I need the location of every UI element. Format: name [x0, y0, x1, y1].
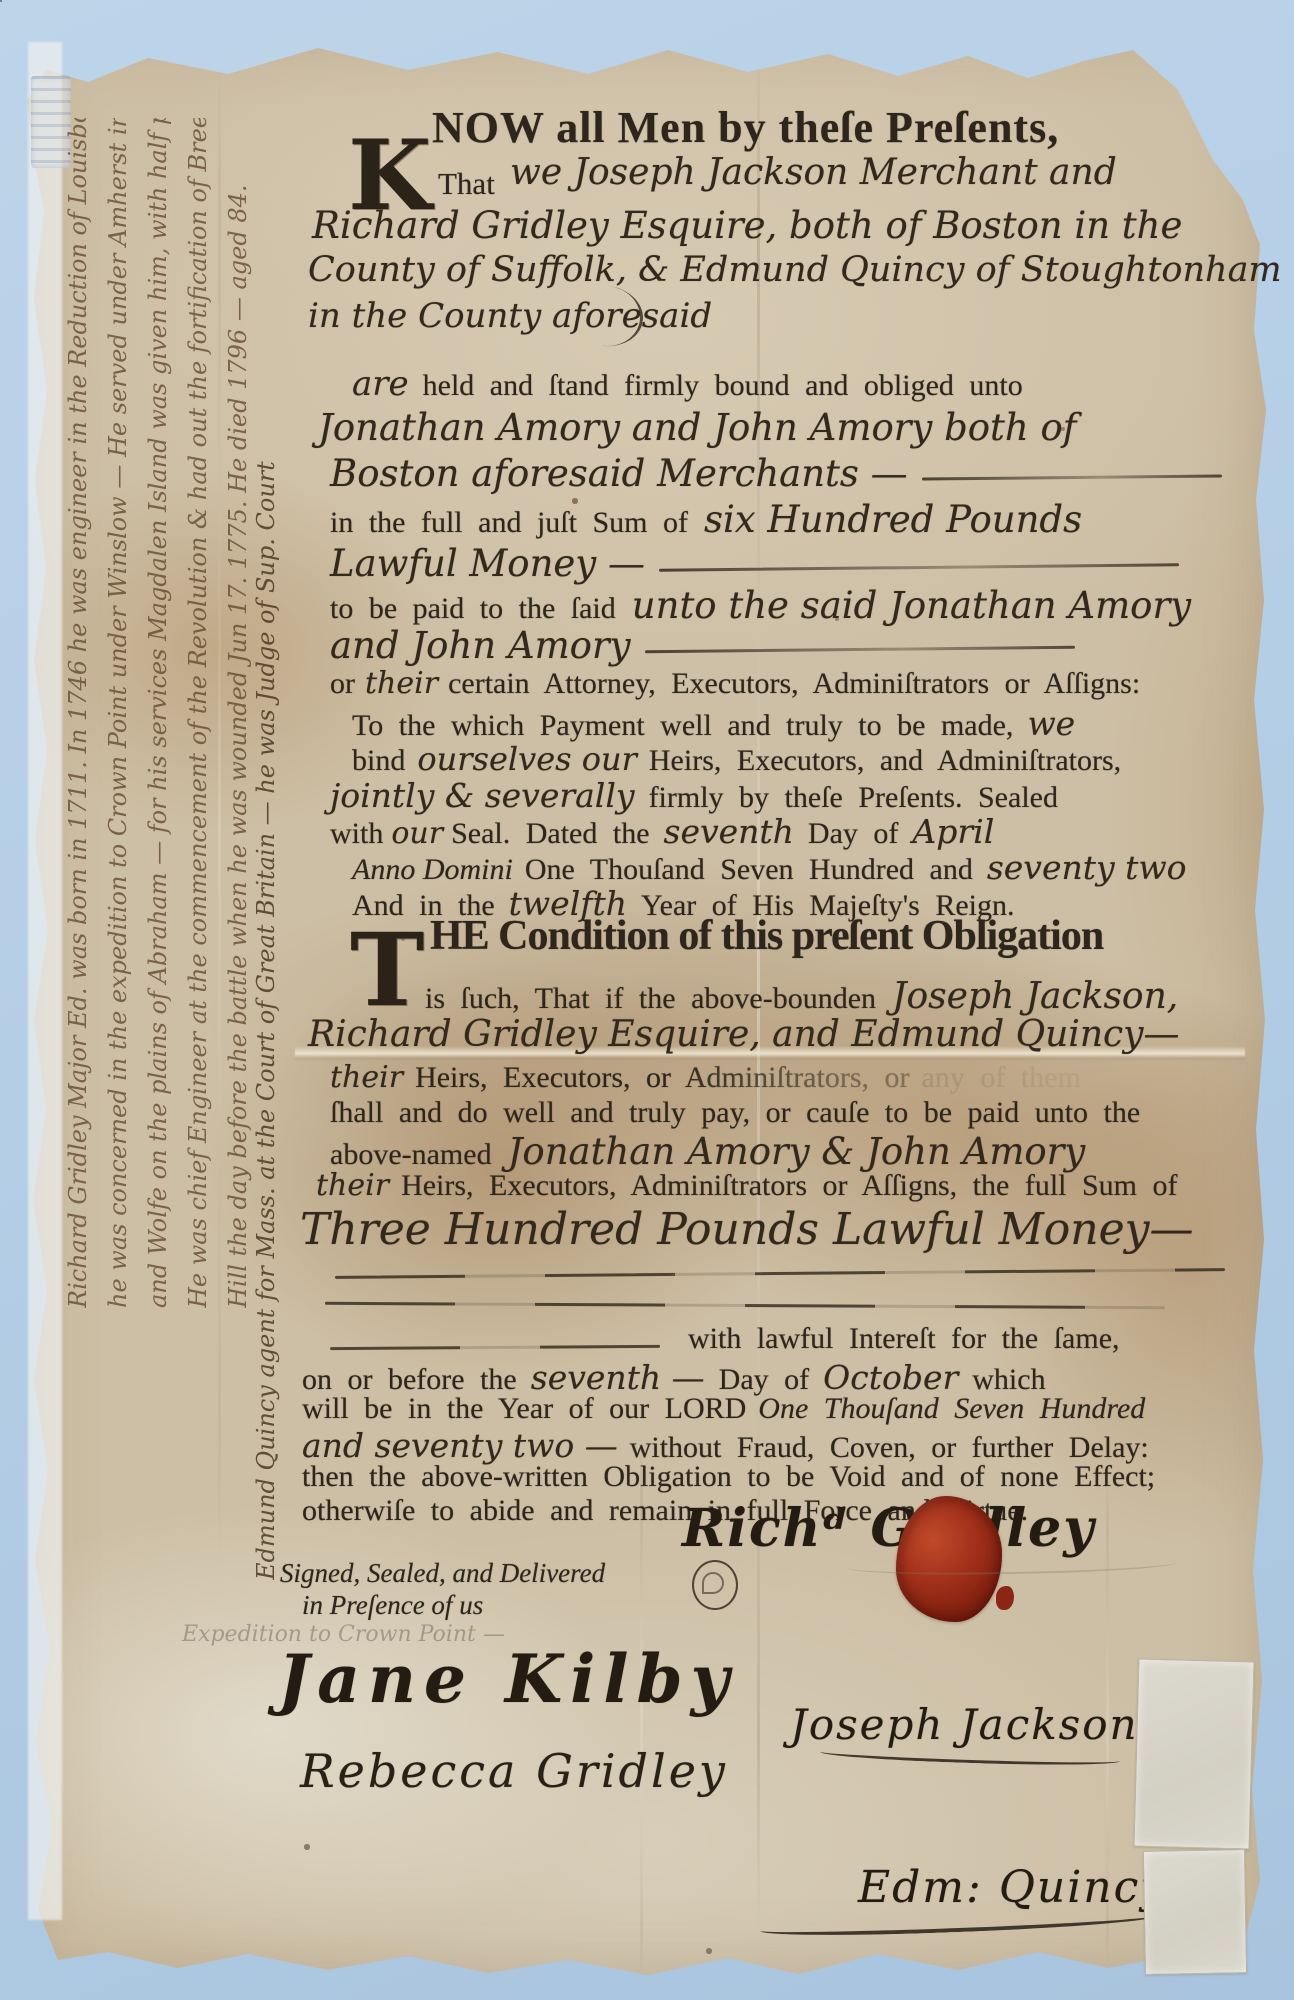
left-backing-strip	[28, 42, 62, 1920]
line-payment-4: with our Seal. Dated the seventh Day of …	[330, 812, 994, 851]
handwritten-obligees-2: Boston aforesaid Merchants —	[330, 452, 1222, 495]
handwritten-obligors-2: Richard Gridley Esquire, both of Boston …	[312, 204, 1182, 247]
handwritten-our: our	[391, 816, 443, 851]
line-bound-unto: are held and ſtand firmly bound and obli…	[352, 364, 1023, 404]
handwritten-obligors-1: we Joseph Jackson Merchant and	[510, 152, 1117, 193]
line-sum: in the full and juſt Sum of six Hundred …	[330, 498, 1082, 541]
signature-richard-gridley: Richᵈ Gridley	[682, 1498, 1095, 1559]
handwritten-jointly-severally: jointly & severally	[330, 776, 635, 815]
printed-or: or	[330, 667, 355, 700]
printed-sum-of: in the full and juſt Sum of	[330, 506, 688, 539]
margin-quincy-note: Edmund Quincy agent for Mass. at the Cou…	[252, 320, 294, 1580]
document-photo: { "colors":{ "background_blue":"#b4cee6"…	[0, 0, 1294, 2000]
margin-note-line: and Wolfe on the plains of Abraham — for…	[138, 118, 178, 1308]
handwritten-we: we	[1027, 704, 1075, 743]
handwritten-obligors-3: County of Suffolk, & Edmund Quincy of St…	[308, 250, 1282, 290]
printed-firmly-presents: firmly by theſe Preſents. Sealed	[649, 781, 1058, 814]
handwritten-gridley-quincy: Richard Gridley Esquire, and Edmund Quin…	[308, 1014, 1180, 1055]
line-lawful-money: Lawful Money —	[330, 542, 1179, 585]
handwritten-obligors-4: in the County aforesaid	[308, 296, 712, 336]
printed-signed-sealed: Signed, Sealed, and Delivered	[280, 1558, 605, 1589]
drop-cap-T: T	[350, 920, 424, 1020]
printed-in-presence: in Preſence of us	[302, 1590, 483, 1621]
line-john-amory: and John Amory	[330, 624, 1075, 667]
handwritten-three-hundred-pounds: Three Hundred Pounds Lawful Money—	[300, 1204, 1194, 1255]
printed-day-of: Day of	[808, 817, 898, 850]
printed-bind: bind	[352, 744, 405, 777]
printed-that: That	[438, 166, 495, 202]
signature-edmund-quincy: Edm: Quincy	[858, 1862, 1167, 1913]
signature-rebecca-gridley: Rebecca Gridley	[300, 1744, 728, 1798]
handwritten-lawful-money: Lawful Money —	[330, 542, 645, 585]
handwritten-joseph-jackson: Joseph Jackson,	[892, 976, 1178, 1017]
printed-heirs-administrators: Heirs, Executors, or Adminiſtrators, or	[415, 1061, 909, 1094]
handwritten-their: their	[365, 666, 438, 701]
handwritten-six-hundred-pounds: six Hundred Pounds	[704, 498, 1082, 541]
ink-specks	[0, 0, 2, 2]
ink-rule	[659, 563, 1179, 571]
line-above-named: above-named Jonathan Amory & John Amory	[330, 1130, 1085, 1173]
printed-italic-one-thousand: One Thouſand Seven Hundred	[758, 1392, 1145, 1425]
printed-lawful-interest: with lawful Intereſt for the ſame,	[688, 1322, 1120, 1356]
printed-heirs-executors: Heirs, Executors, and Adminiſtrators,	[649, 744, 1121, 777]
handwritten-and-john-amory: and John Amory	[330, 624, 631, 667]
printed-attorney-executors: certain Attorney, Executors, Adminiſtrat…	[448, 667, 1140, 700]
line-condition-2: their Heirs, Executors, or Adminiſtrator…	[330, 1060, 1081, 1095]
margin-note-line: Edmund Quincy agent for Mass. at the Cou…	[252, 461, 280, 1580]
handwritten-seventh: seventh	[664, 812, 794, 851]
signature-jane-kilby: Jane Kilby	[278, 1640, 737, 1718]
line-payment-2: bind ourselves our Heirs, Executors, and…	[352, 740, 1121, 778]
signature-joseph-jackson: Joseph Jackson	[790, 1700, 1139, 1749]
printed-payment: To the which Payment well and truly to b…	[352, 709, 1013, 742]
heading-condition: HE Condition of this preſent Obligation	[430, 912, 1103, 960]
printed-shall-pay: ſhall and do well and truly pay, or cauſ…	[330, 1096, 1140, 1130]
printed-one-thousand: One Thouſand Seven Hundred and	[525, 853, 973, 886]
handwritten-their: their	[330, 1060, 403, 1095]
handwritten-ourselves: ourselves our	[417, 740, 637, 778]
printed-to-be-paid: to be paid to the ſaid	[330, 592, 616, 625]
handwritten-unto-said: unto the said Jonathan Amory	[632, 584, 1191, 627]
line-to-be-paid: to be paid to the ſaid unto the said Jon…	[330, 584, 1191, 627]
pen-seal-mark	[692, 1560, 738, 1610]
line-attorney: or their certain Attorney, Executors, Ad…	[330, 666, 1140, 701]
line-full-sum: their Heirs, Executors, Adminiſtrators o…	[316, 1168, 1178, 1203]
handwritten-boston-merchants: Boston aforesaid Merchants —	[330, 452, 908, 495]
handwritten-obligees-1: Jonathan Amory and John Amory both of	[318, 406, 1076, 449]
printed-is-such: is ſuch, That if the above-bounden	[425, 982, 876, 1015]
margin-note-line: he was concerned in the expedition to Cr…	[98, 118, 138, 1308]
line-payment-5: Anno Domini One Thouſand Seven Hundred a…	[352, 848, 1187, 887]
printed-seal-dated: Seal. Dated the	[451, 817, 649, 850]
printed-void-effect: then the above-written Obligation to be …	[302, 1460, 1155, 1494]
paper-repair-patch	[1134, 1659, 1255, 1850]
paper-repair-patch	[1143, 1849, 1247, 1975]
margin-biography-note: Richard Gridley Major Ed. was born in 17…	[58, 118, 258, 1308]
printed-with: with	[330, 817, 383, 850]
printed-anno-domini: Anno Domini	[352, 853, 513, 886]
printed-year-of-lord: will be in the Year of our LORD	[302, 1392, 746, 1425]
handwritten-april: April	[912, 812, 994, 851]
handwritten-their: their	[316, 1168, 389, 1203]
handwritten-are: are	[352, 364, 409, 404]
handwritten-amorys: Jonathan Amory & John Amory	[508, 1130, 1086, 1173]
handwritten-seventy-two: seventy two	[987, 848, 1187, 887]
heading-know-all-men: NOW all Men by theſe Preſents,	[432, 102, 1059, 153]
line-payment-1: To the which Payment well and truly to b…	[352, 704, 1075, 743]
margin-note-line: Richard Gridley Major Ed. was born in 17…	[58, 118, 98, 1308]
line-condition-1: is ſuch, That if the above-bounden Josep…	[425, 976, 1178, 1017]
printed-bound-obliged: held and ſtand firmly bound and obliged …	[423, 369, 1023, 402]
line-payment-3: jointly & severally firmly by theſe Preſ…	[330, 776, 1058, 815]
line-year-of-lord: will be in the Year of our LORD One Thou…	[302, 1392, 1145, 1426]
ink-rule	[645, 646, 1075, 654]
ink-rule	[922, 474, 1222, 480]
printed-above-named: above-named	[330, 1138, 492, 1171]
margin-note-line: He was chief Engineer at the commencemen…	[178, 118, 218, 1308]
printed-faded-any-of-them: any of them	[922, 1061, 1081, 1094]
printed-assigns-full-sum: Heirs, Executors, Adminiſtrators or Aſſi…	[401, 1169, 1177, 1202]
